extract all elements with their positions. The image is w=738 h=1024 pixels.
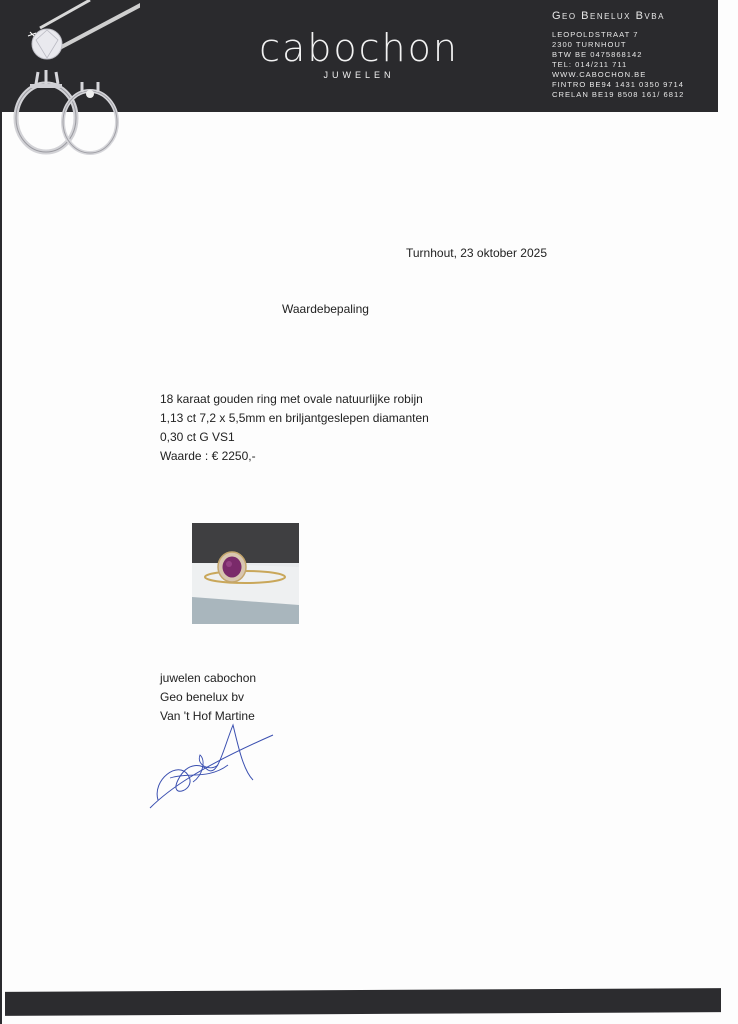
company-bank-fintro: Fintro BE94 1431 0350 9714 xyxy=(552,80,684,90)
company-vat: BTW BE 0475868142 xyxy=(552,50,684,60)
description-line-diamonds: 0,30 ct G VS1 xyxy=(160,428,429,447)
description-line-value: Waarde : € 2250,- xyxy=(160,447,429,466)
handwritten-signature xyxy=(148,720,278,815)
document-title: Waardebepaling xyxy=(282,300,369,319)
company-bank-crelan: Crelan BE19 8508 161/ 6812 xyxy=(552,90,684,100)
diamond-tweezers-rings-icon xyxy=(0,0,140,160)
place-date: Turnhout, 23 oktober 2025 xyxy=(406,244,547,263)
ring-photo xyxy=(192,523,299,624)
item-description: 18 karaat gouden ring met ovale natuurli… xyxy=(160,390,429,466)
company-website: www.cabochon.be xyxy=(552,70,684,80)
company-address: Leopoldstraat 7 xyxy=(552,30,684,40)
signatory-company: juwelen cabochon xyxy=(160,669,256,688)
signatory-legal-entity: Geo benelux bv xyxy=(160,688,256,707)
brand-subtitle: JUWELEN xyxy=(254,70,464,80)
company-city: 2300 Turnhout xyxy=(552,40,684,50)
description-line-ruby: 1,13 ct 7,2 x 5,5mm en briljantgeslepen … xyxy=(160,409,429,428)
company-phone: TEL: 014/211 711 xyxy=(552,60,684,70)
footer-bar xyxy=(5,988,721,1016)
company-details: Geo Benelux Bvba Leopoldstraat 7 2300 Tu… xyxy=(552,10,684,100)
description-line-material: 18 karaat gouden ring met ovale natuurli… xyxy=(160,390,429,409)
brand-logo: cabochon JUWELEN xyxy=(254,28,464,80)
brand-name: cabochon xyxy=(254,28,464,68)
signature-block: juwelen cabochon Geo benelux bv Van 't H… xyxy=(160,669,256,726)
company-name: Geo Benelux Bvba xyxy=(552,10,684,22)
